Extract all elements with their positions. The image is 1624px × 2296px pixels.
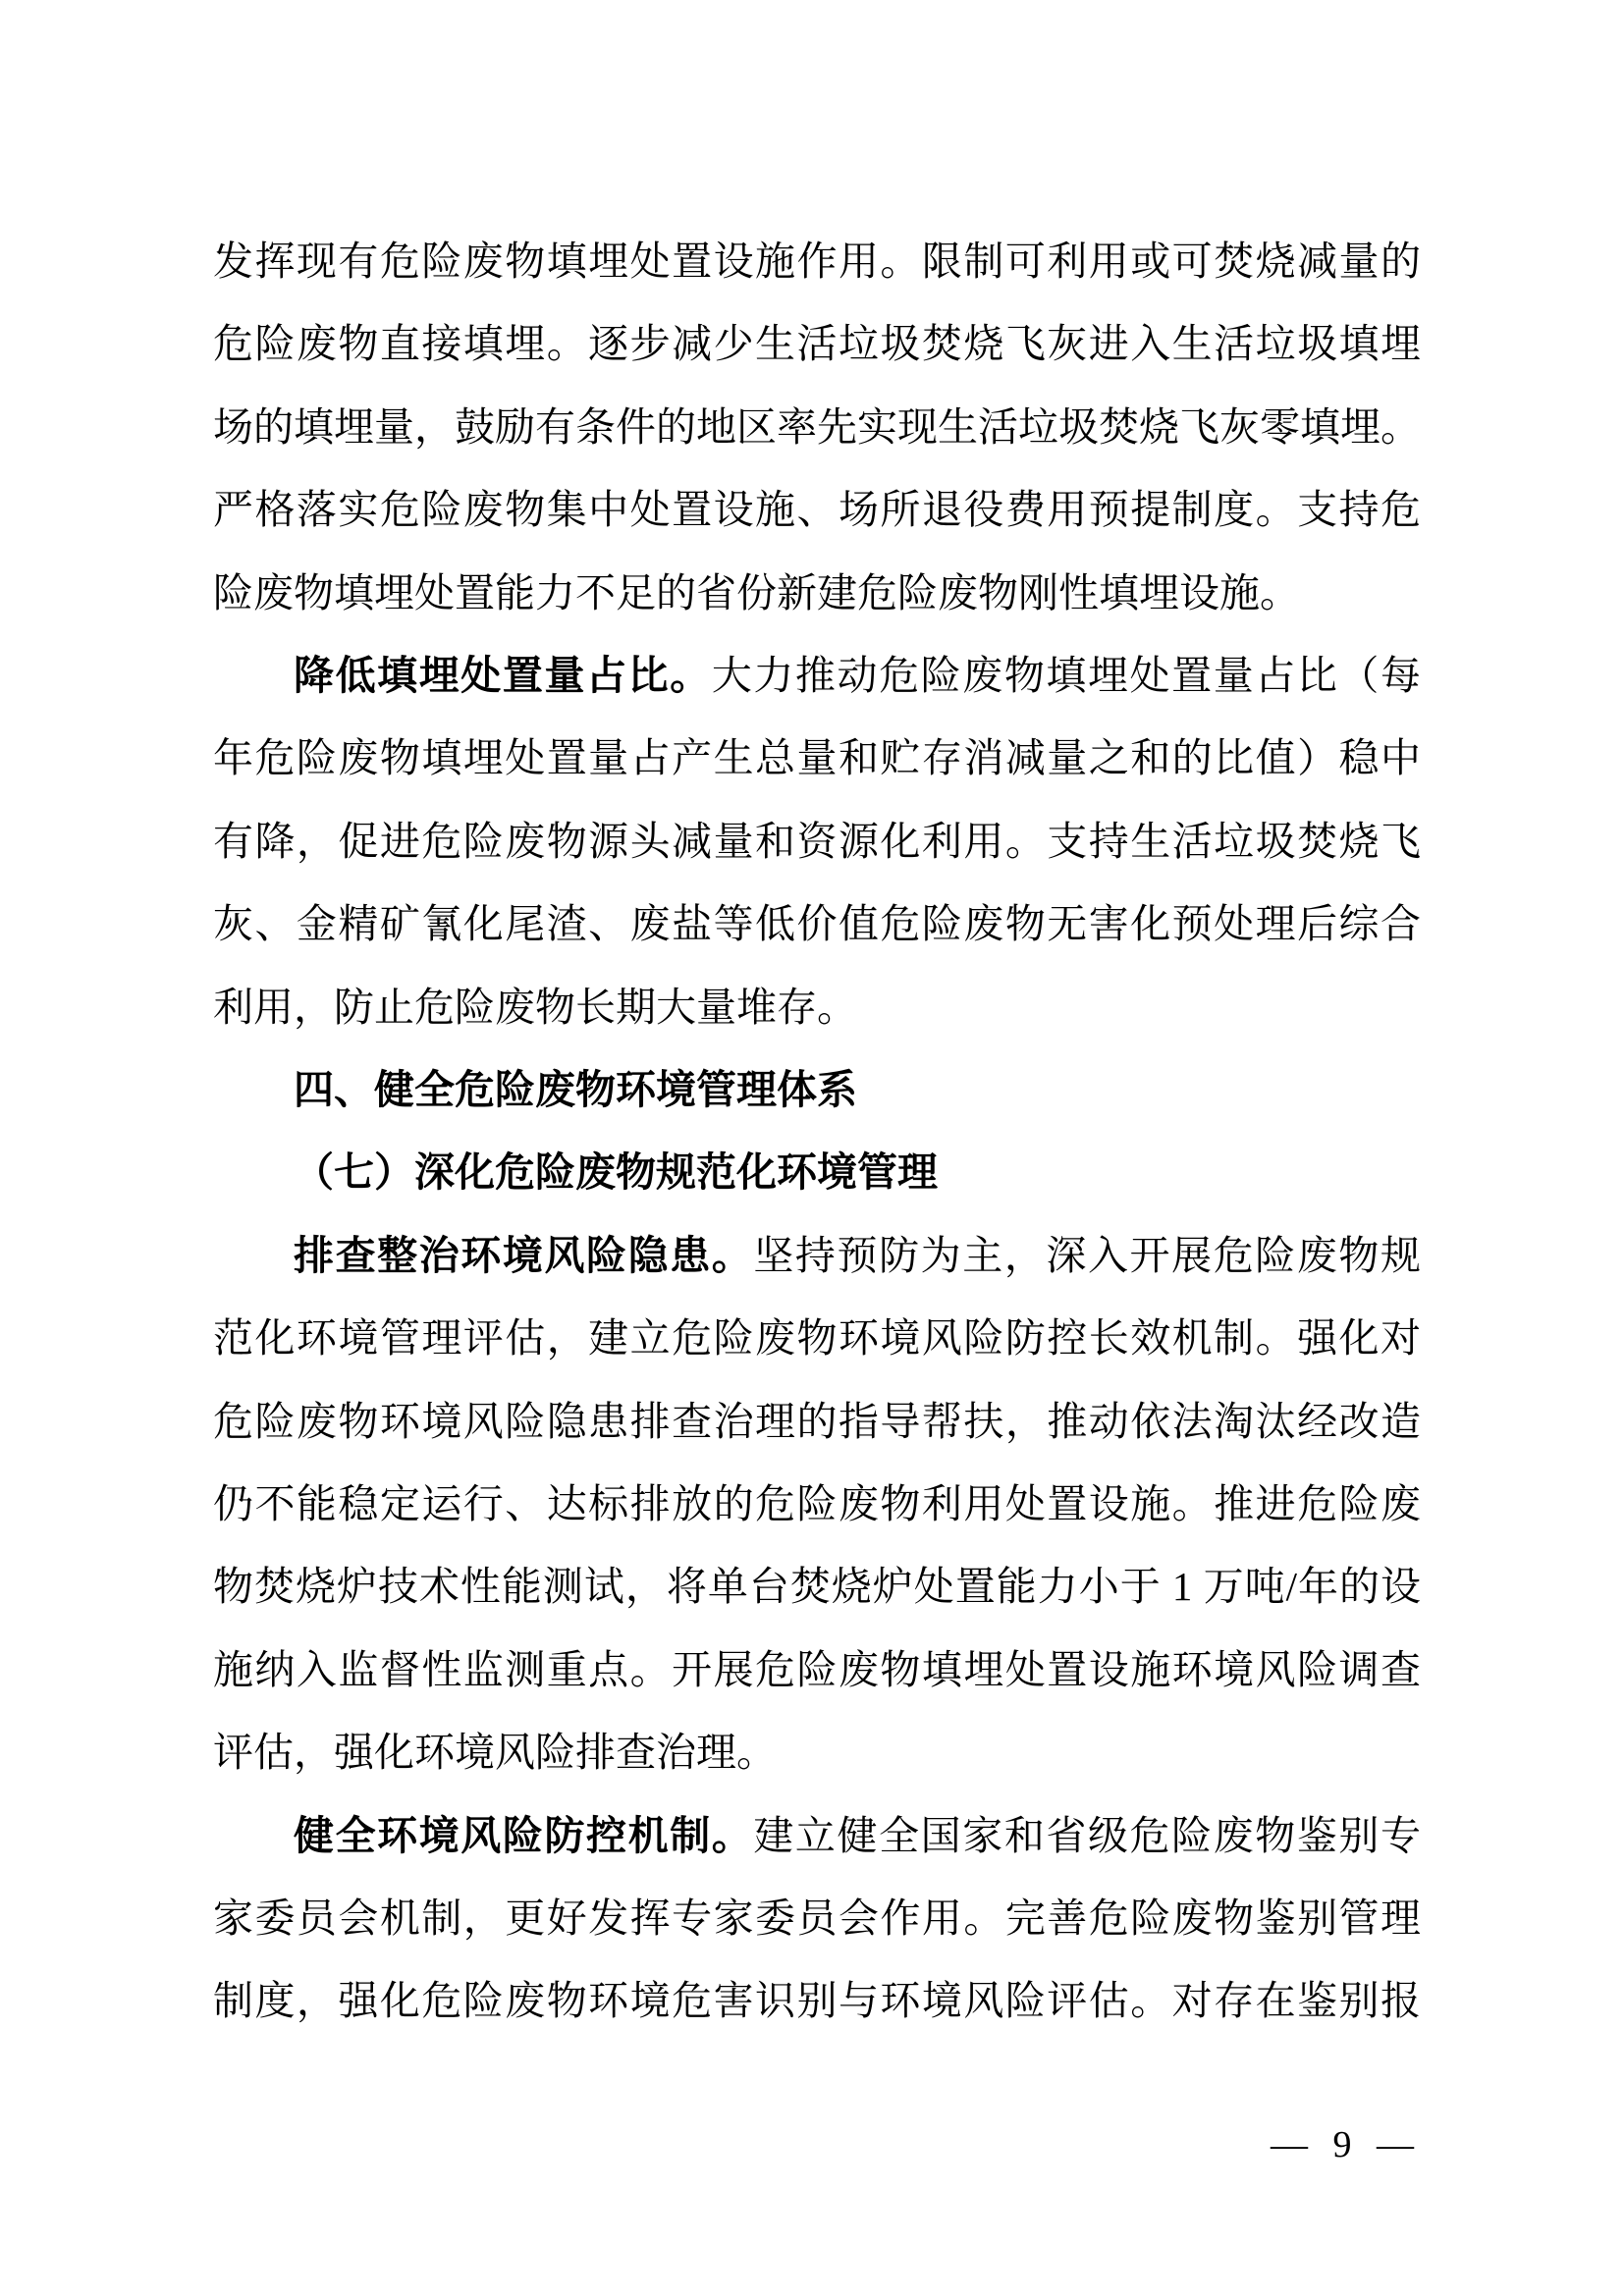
page-number: — 9 — xyxy=(1271,2123,1414,2166)
text-segment-body: 家委员会机制，更好发挥专家委员会作用。完善危险废物鉴别管理 xyxy=(213,1896,1421,1941)
document-page: 发挥现有危险废物填埋处置设施作用。限制可利用或可焚烧减量的危险废物直接填埋。逐步… xyxy=(0,0,1624,2296)
text-line-15: 危险废物环境风险隐患排查治理的指导帮扶，推动依法淘汰经改造 xyxy=(213,1398,1421,1457)
text-line-1: 发挥现有危险废物填埋处置设施作用。限制可利用或可焚烧减量的 xyxy=(213,238,1421,296)
text-segment-body: 危险废物环境风险隐患排查治理的指导帮扶，推动依法淘汰经改造 xyxy=(213,1399,1421,1444)
text-segment-body: 大力推动危险废物填埋处置量占比（每 xyxy=(712,653,1421,698)
text-segment-body: 灰、金精矿氰化尾渣、废盐等低价值危险废物无害化预处理后综合 xyxy=(213,901,1421,946)
text-segment-kai: （七）深化危险废物规范化环境管理 xyxy=(294,1149,938,1195)
text-segment-body: 危险废物直接填埋。逐步减少生活垃圾焚烧飞灰进入生活垃圾填埋 xyxy=(213,321,1421,366)
text-line-14: 范化环境管理评估，建立危险废物环境风险防控长效机制。强化对 xyxy=(213,1314,1421,1373)
text-line-16: 仍不能稳定运行、达标排放的危险废物利用处置设施。推进危险废 xyxy=(213,1480,1421,1539)
text-segment-hei: 四、健全危险废物环境管理体系 xyxy=(294,1067,857,1112)
text-line-5: 险废物填埋处置能力不足的省份新建危险废物刚性填埋设施。 xyxy=(213,569,1421,628)
text-line-7: 年危险废物填埋处置量占产生总量和贮存消减量之和的比值）稳中 xyxy=(213,734,1421,793)
text-line-19: 评估，强化环境风险排查治理。 xyxy=(213,1729,1421,1788)
text-lines: 发挥现有危险废物填埋处置设施作用。限制可利用或可焚烧减量的危险废物直接填埋。逐步… xyxy=(213,238,1421,2103)
text-segment-body: 险废物填埋处置能力不足的省份新建危险废物刚性填埋设施。 xyxy=(213,570,1300,615)
text-line-13: 排查整治环境风险隐患。坚持预防为主，深入开展危险废物规 xyxy=(213,1232,1421,1291)
text-line-20: 健全环境风险防控机制。建立健全国家和省级危险废物鉴别专 xyxy=(213,1812,1421,1871)
text-segment-body: 评估，强化环境风险排查治理。 xyxy=(213,1730,777,1775)
text-line-12: （七）深化危险废物规范化环境管理 xyxy=(213,1148,1421,1207)
text-line-6: 降低填埋处置量占比。大力推动危险废物填埋处置量占比（每 xyxy=(213,652,1421,711)
text-line-11: 四、健全危险废物环境管理体系 xyxy=(213,1066,1421,1125)
text-segment-body: 发挥现有危险废物填埋处置设施作用。限制可利用或可焚烧减量的 xyxy=(213,239,1421,284)
text-segment-body: 范化环境管理评估，建立危险废物环境风险防控长效机制。强化对 xyxy=(213,1315,1421,1361)
text-segment-body: 场的填埋量，鼓励有条件的地区率先实现生活垃圾焚烧飞灰零填埋。 xyxy=(213,404,1421,450)
text-segment-body: 有降，促进危险废物源头减量和资源化利用。支持生活垃圾焚烧飞 xyxy=(213,819,1421,864)
text-line-8: 有降，促进危险废物源头减量和资源化利用。支持生活垃圾焚烧飞 xyxy=(213,818,1421,877)
text-line-18: 施纳入监督性监测重点。开展危险废物填埋处置设施环境风险调查 xyxy=(213,1646,1421,1705)
text-segment-body: 物焚烧炉技术性能测试，将单台焚烧炉处置能力小于 1 万吨/年的设 xyxy=(213,1564,1421,1609)
text-line-21: 家委员会机制，更好发挥专家委员会作用。完善危险废物鉴别管理 xyxy=(213,1895,1421,1953)
text-segment-body: 利用，防止危险废物长期大量堆存。 xyxy=(213,985,857,1030)
text-segment-hei: 排查整治环境风险隐患。 xyxy=(294,1233,753,1278)
text-segment-body: 严格落实危险废物集中处置设施、场所退役费用预提制度。支持危 xyxy=(213,487,1421,532)
text-line-22: 制度，强化危险废物环境危害识别与环境风险评估。对存在鉴别报 xyxy=(213,1977,1421,2036)
text-line-9: 灰、金精矿氰化尾渣、废盐等低价值危险废物无害化预处理后综合 xyxy=(213,900,1421,959)
text-segment-body: 仍不能稳定运行、达标排放的危险废物利用处置设施。推进危险废 xyxy=(213,1481,1421,1526)
text-segment-hei: 降低填埋处置量占比。 xyxy=(294,653,712,698)
text-line-17: 物焚烧炉技术性能测试，将单台焚烧炉处置能力小于 1 万吨/年的设 xyxy=(213,1563,1421,1622)
text-line-10: 利用，防止危险废物长期大量堆存。 xyxy=(213,984,1421,1042)
text-segment-body: 坚持预防为主，深入开展危险废物规 xyxy=(753,1233,1421,1278)
text-segment-body: 制度，强化危险废物环境危害识别与环境风险评估。对存在鉴别报 xyxy=(213,1978,1421,2023)
text-line-2: 危险废物直接填埋。逐步减少生活垃圾焚烧飞灰进入生活垃圾填埋 xyxy=(213,320,1421,379)
text-segment-body: 年危险废物填埋处置量占产生总量和贮存消减量之和的比值）稳中 xyxy=(213,735,1421,780)
text-line-4: 严格落实危险废物集中处置设施、场所退役费用预提制度。支持危 xyxy=(213,486,1421,545)
text-line-3: 场的填埋量，鼓励有条件的地区率先实现生活垃圾焚烧飞灰零填埋。 xyxy=(213,403,1421,462)
text-segment-hei: 健全环境风险防控机制。 xyxy=(294,1813,753,1858)
text-segment-body: 施纳入监督性监测重点。开展危险废物填埋处置设施环境风险调查 xyxy=(213,1647,1421,1692)
text-segment-body: 建立健全国家和省级危险废物鉴别专 xyxy=(753,1813,1421,1858)
